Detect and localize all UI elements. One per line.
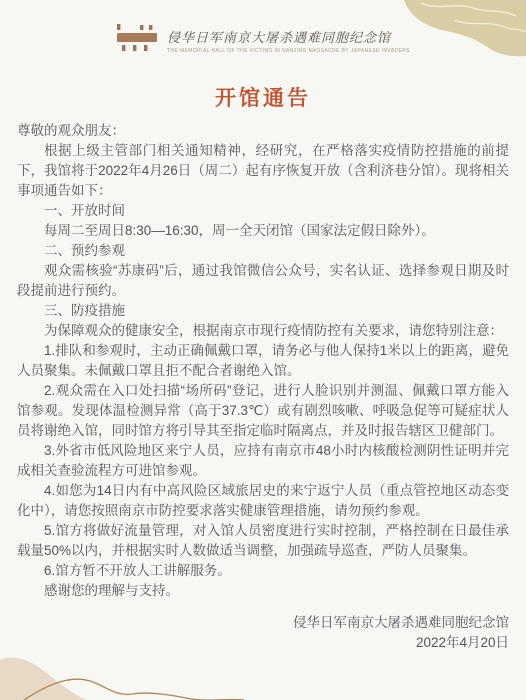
measure-item-3: 3.外省市低风险地区来宁人员，应持有南京市48小时内核酸检测阴性证明并完成相关查… (17, 441, 509, 481)
measure-item-1: 1.排队和参观时，主动正确佩戴口罩，请务必与他人保持1米以上的距离，避免人员聚集… (17, 341, 509, 381)
closing-thanks: 感谢您的理解与支持。 (17, 581, 509, 601)
section-heading-epidemic-measures: 三、防疫措施 (17, 301, 509, 321)
measure-item-6: 6.馆方暂不开放人工讲解服务。 (17, 561, 509, 581)
salutation: 尊敬的观众朋友： (17, 121, 509, 141)
paragraph-intro: 根据上级主管部门相关通知精神，经研究，在严格落实疫情防控措施的前提下，我馆将于2… (17, 141, 509, 201)
notice-body: 尊敬的观众朋友： 根据上级主管部门相关通知精神，经研究，在严格落实疫情防控措施的… (17, 121, 509, 653)
notice-page: 侵华日军南京大屠杀遇难同胞纪念馆 THE MEMORIAL HALL OF TH… (0, 0, 526, 700)
header: 侵华日军南京大屠杀遇难同胞纪念馆 THE MEMORIAL HALL OF TH… (0, 24, 526, 56)
paragraph-reservation: 观众需核验“苏康码”后，通过我馆微信公众号，实名认证、选择参观日期及时段提前进行… (17, 261, 509, 301)
paragraph-opening-hours: 每周二至周日8:30—16:30，周一全天闭馆（国家法定假日除外）。 (17, 221, 509, 241)
section-heading-reservation: 二、预约参观 (17, 241, 509, 261)
signature-date: 2022年4月20日 (17, 633, 509, 653)
memorial-hall-logo-icon (116, 24, 158, 56)
logo-english-name: THE MEMORIAL HALL OF THE VICTIMS IN NANJ… (167, 48, 410, 54)
logo-text-block: 侵华日军南京大屠杀遇难同胞纪念馆 THE MEMORIAL HALL OF TH… (167, 27, 410, 54)
measure-item-5: 5.馆方将做好流量管理，对入馆人员密度进行实时控制，严格控制在日最佳承载量50%… (17, 521, 509, 561)
section-heading-opening-hours: 一、开放时间 (17, 201, 509, 221)
logo-chinese-name: 侵华日军南京大屠杀遇难同胞纪念馆 (167, 27, 410, 46)
paragraph-measures-intro: 为保障观众的健康安全，根据南京市现行疫情防控有关要求，请您特别注意： (17, 321, 509, 341)
page-title: 开馆通告 (0, 82, 526, 112)
signature-block: 侵华日军南京大屠杀遇难同胞纪念馆 2022年4月20日 (17, 613, 509, 653)
measure-item-2: 2.观众需在入口处扫描“场所码”登记，进行人脸识别并测温、佩戴口罩方能入馆参观。… (17, 381, 509, 441)
signature-organization: 侵华日军南京大屠杀遇难同胞纪念馆 (17, 613, 509, 633)
measure-item-4: 4.如您为14日内有中高风险区域旅居史的来宁返宁人员（重点管控地区动态变化中），… (17, 481, 509, 521)
